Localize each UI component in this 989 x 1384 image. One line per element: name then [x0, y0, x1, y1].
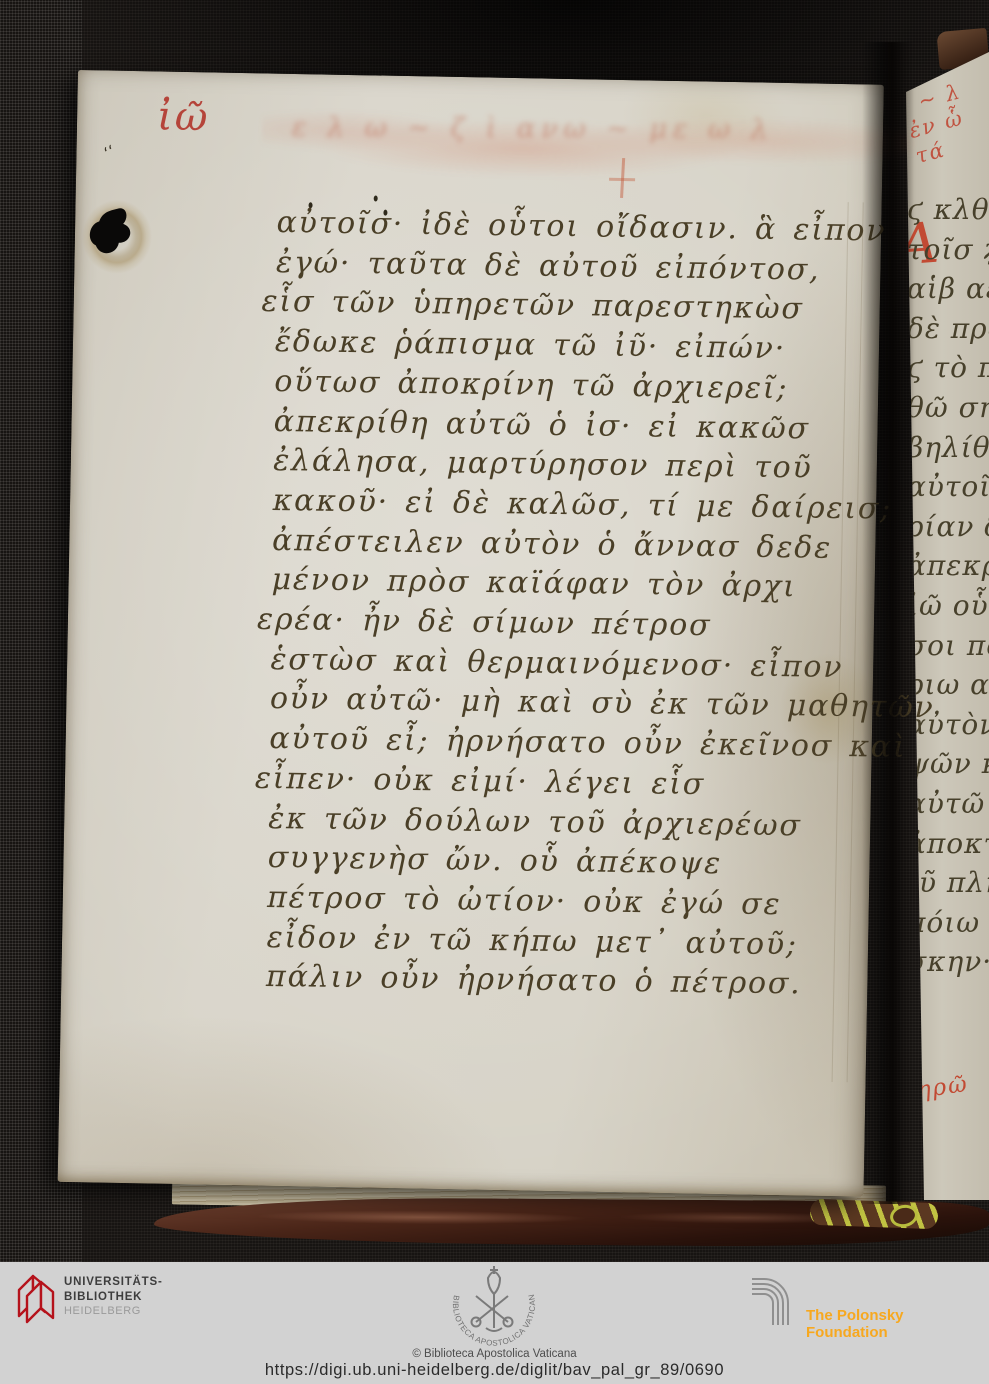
ub-line3: HEIDELBERG — [64, 1304, 163, 1319]
parchment-hole — [80, 196, 155, 277]
ub-heidelberg-logo-icon[interactable] — [13, 1270, 59, 1326]
recto-line: ἰῶ οὗτο — [907, 586, 989, 626]
vatican-ring-text: BIBLIOTECA APOSTOLICA VATICANA — [428, 1264, 537, 1348]
recto-line: ϛ κλθε — [907, 190, 989, 230]
footer-bar: UNIVERSITÄTS- BIBLIOTHEK HEIDELBERG BIBL… — [0, 1262, 989, 1384]
recto-line: αὐτοῖσ. — [907, 467, 989, 507]
recto-line: αἱβ αεἰσ — [907, 269, 989, 309]
recto-line: δὲ πρὸσ — [907, 309, 989, 349]
red-cross-mark — [609, 178, 635, 181]
vatican-copyright: © Biblioteca Apostolica Vaticana — [0, 1348, 989, 1360]
recto-line: αὐτῶ οἱ ἰου — [907, 784, 989, 824]
svg-text:BIBLIOTECA APOSTOLICA VATICANA: BIBLIOTECA APOSTOLICA VATICANA — [428, 1264, 537, 1348]
recto-line: τοῖσ ϗ οὖ — [907, 230, 989, 270]
vatican-library-logo-icon[interactable]: BIBLIOTECA APOSTOLICA VATICANA — [428, 1264, 560, 1354]
faded-rubric-band: ε λ ω ~ ζ ὶ ανω ~ με ω λ — [261, 81, 918, 213]
recto-line: ἀπεκρι — [907, 546, 989, 586]
recto-text-column: ϛ κλθε τοῖσ ϗ οὖ αἱβ αεἰσ δὲ πρὸσ ϛ τὸ π… — [907, 190, 989, 982]
recto-line: βηλίθ — [907, 428, 989, 468]
ub-line1: UNIVERSITÄTS- — [64, 1275, 163, 1290]
ub-line2: BIBLIOTHEK — [64, 1290, 163, 1305]
gutter-shadow — [862, 42, 914, 1204]
recto-line: ψῶν κρι — [907, 744, 989, 784]
recto-line: ρίαν δ — [907, 507, 989, 547]
ub-heidelberg-wordmark[interactable]: UNIVERSITÄTS- BIBLIOTHEK HEIDELBERG — [64, 1275, 163, 1319]
faded-rubric-text: ε λ ω ~ ζ ὶ ανω ~ με ω λ — [292, 112, 892, 146]
polonsky-foundation-logo-icon[interactable] — [752, 1273, 796, 1325]
folio-rubric-ioannes: ἰῶ — [157, 93, 210, 140]
polonsky-foundation-label[interactable]: The Polonsky Foundation — [806, 1307, 989, 1341]
source-url[interactable]: https://digi.ub.uni-heidelberg.de/diglit… — [0, 1361, 989, 1380]
recto-line: ἀποκτ — [907, 824, 989, 864]
verso-line: πάλιν οὖν ἠρνήσατο ὁ πέτροσ. — [266, 957, 884, 1005]
recto-line: ϛ τὸ πρ — [907, 348, 989, 388]
quire-marks: ʻʻ — [101, 141, 119, 163]
verso-text-block: αὐτοῖσ· ἰδὲ οὗτοι οἴδασιν. ἃ εἶπον ἐγώ· … — [266, 203, 895, 1006]
recto-line: σοι πὸρ — [907, 626, 989, 666]
recto-line: ἰῦ πληρ — [907, 863, 989, 903]
verso-page: ἰῶ ʻʻ ε λ ω ~ ζ ὶ ανω ~ με ω λ — [58, 70, 884, 1197]
manuscript-scan-view: ʹ ~ λ ἐν ὧ τά Α ϛ κλθε τοῖσ ϗ οὖ αἱβ αεἰ… — [0, 0, 989, 1384]
recto-line: θῶ σημ. — [907, 388, 989, 428]
